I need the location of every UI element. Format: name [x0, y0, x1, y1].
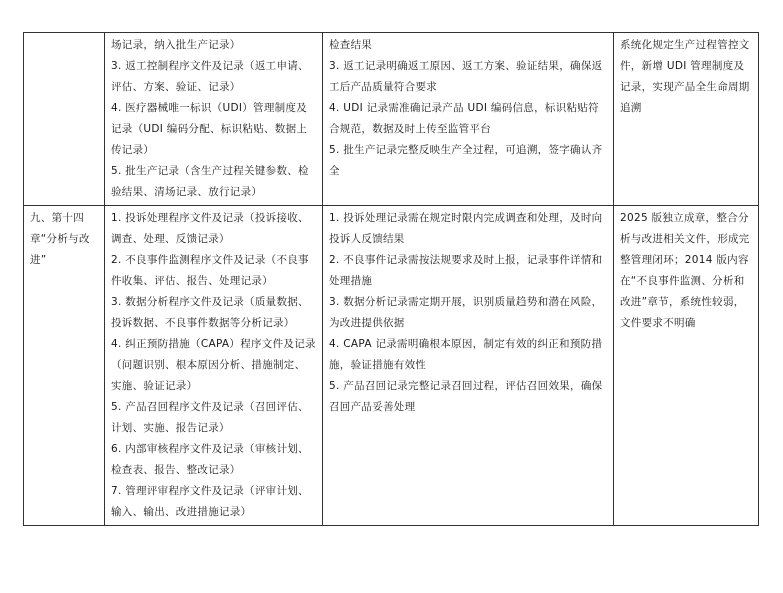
- document-item: 5. 批生产记录（含生产过程关键参数、检验结果、清场记录、放行记录）: [111, 161, 316, 203]
- requirement-item: 1. 投诉处理记录需在规定时限内完成调查和处理，及时向投诉人反馈结果: [329, 208, 607, 250]
- table-row: 场记录，纳入批生产记录） 3. 返工控制程序文件及记录（返工申请、评估、方案、验…: [24, 33, 759, 206]
- document-item: 场记录，纳入批生产记录）: [111, 35, 316, 56]
- category-cell: [24, 33, 105, 206]
- document-item: 3. 数据分析程序文件及记录（质量数据、投诉数据、不良事件数据等分析记录）: [111, 292, 316, 334]
- requirement-item: 5. 批生产记录完整反映生产全过程，可追溯，签字确认齐全: [329, 140, 607, 182]
- requirements-cell: 检查结果 3. 返工记录明确返工原因、返工方案、验证结果，确保返工后产品质量符合…: [323, 33, 614, 206]
- document-item: 5. 产品召回程序文件及记录（召回评估、计划、实施、报告记录）: [111, 397, 316, 439]
- category-cell: 九、第十四章“分析与改进”: [24, 206, 105, 526]
- document-item: 4. 医疗器械唯一标识（UDI）管理制度及记录（UDI 编码分配、标识粘贴、数据…: [111, 98, 316, 161]
- document-item: 4. 纠正预防措施（CAPA）程序文件及记录（问题识别、根本原因分析、措施制定、…: [111, 334, 316, 397]
- requirement-item: 3. 数据分析记录需定期开展，识别质量趋势和潜在风险，为改进提供依据: [329, 292, 607, 334]
- document-item: 2. 不良事件监测程序文件及记录（不良事件收集、评估、报告、处理记录）: [111, 250, 316, 292]
- documents-cell: 1. 投诉处理程序文件及记录（投诉接收、调查、处理、反馈记录） 2. 不良事件监…: [105, 206, 323, 526]
- documents-cell: 场记录，纳入批生产记录） 3. 返工控制程序文件及记录（返工申请、评估、方案、验…: [105, 33, 323, 206]
- requirements-cell: 1. 投诉处理记录需在规定时限内完成调查和处理，及时向投诉人反馈结果 2. 不良…: [323, 206, 614, 526]
- document-item: 3. 返工控制程序文件及记录（返工申请、评估、方案、验证、记录）: [111, 56, 316, 98]
- comparison-table: 场记录，纳入批生产记录） 3. 返工控制程序文件及记录（返工申请、评估、方案、验…: [23, 32, 759, 526]
- table-row: 九、第十四章“分析与改进” 1. 投诉处理程序文件及记录（投诉接收、调查、处理、…: [24, 206, 759, 526]
- requirement-item: 4. UDI 记录需准确记录产品 UDI 编码信息，标识粘贴符合规范，数据及时上…: [329, 98, 607, 140]
- requirement-item: 4. CAPA 记录需明确根本原因，制定有效的纠正和预防措施，验证措施有效性: [329, 334, 607, 376]
- document-item: 7. 管理评审程序文件及记录（评审计划、输入、输出、改进措施记录）: [111, 481, 316, 523]
- document-item: 1. 投诉处理程序文件及记录（投诉接收、调查、处理、反馈记录）: [111, 208, 316, 250]
- notes-cell: 系统化规定生产过程管控文件，新增 UDI 管理制度及记录，实现产品全生命周期追溯: [614, 33, 759, 206]
- requirement-item: 3. 返工记录明确返工原因、返工方案、验证结果，确保返工后产品质量符合要求: [329, 56, 607, 98]
- notes-cell: 2025 版独立成章，整合分析与改进相关文件，形成完整管理闭环；2014 版内容…: [614, 206, 759, 526]
- document-item: 6. 内部审核程序文件及记录（审核计划、检查表、报告、整改记录）: [111, 439, 316, 481]
- requirement-item: 5. 产品召回记录完整记录召回过程，评估召回效果，确保召回产品妥善处理: [329, 376, 607, 418]
- requirement-item: 2. 不良事件记录需按法规要求及时上报，记录事件详情和处理措施: [329, 250, 607, 292]
- requirement-item: 检查结果: [329, 35, 607, 56]
